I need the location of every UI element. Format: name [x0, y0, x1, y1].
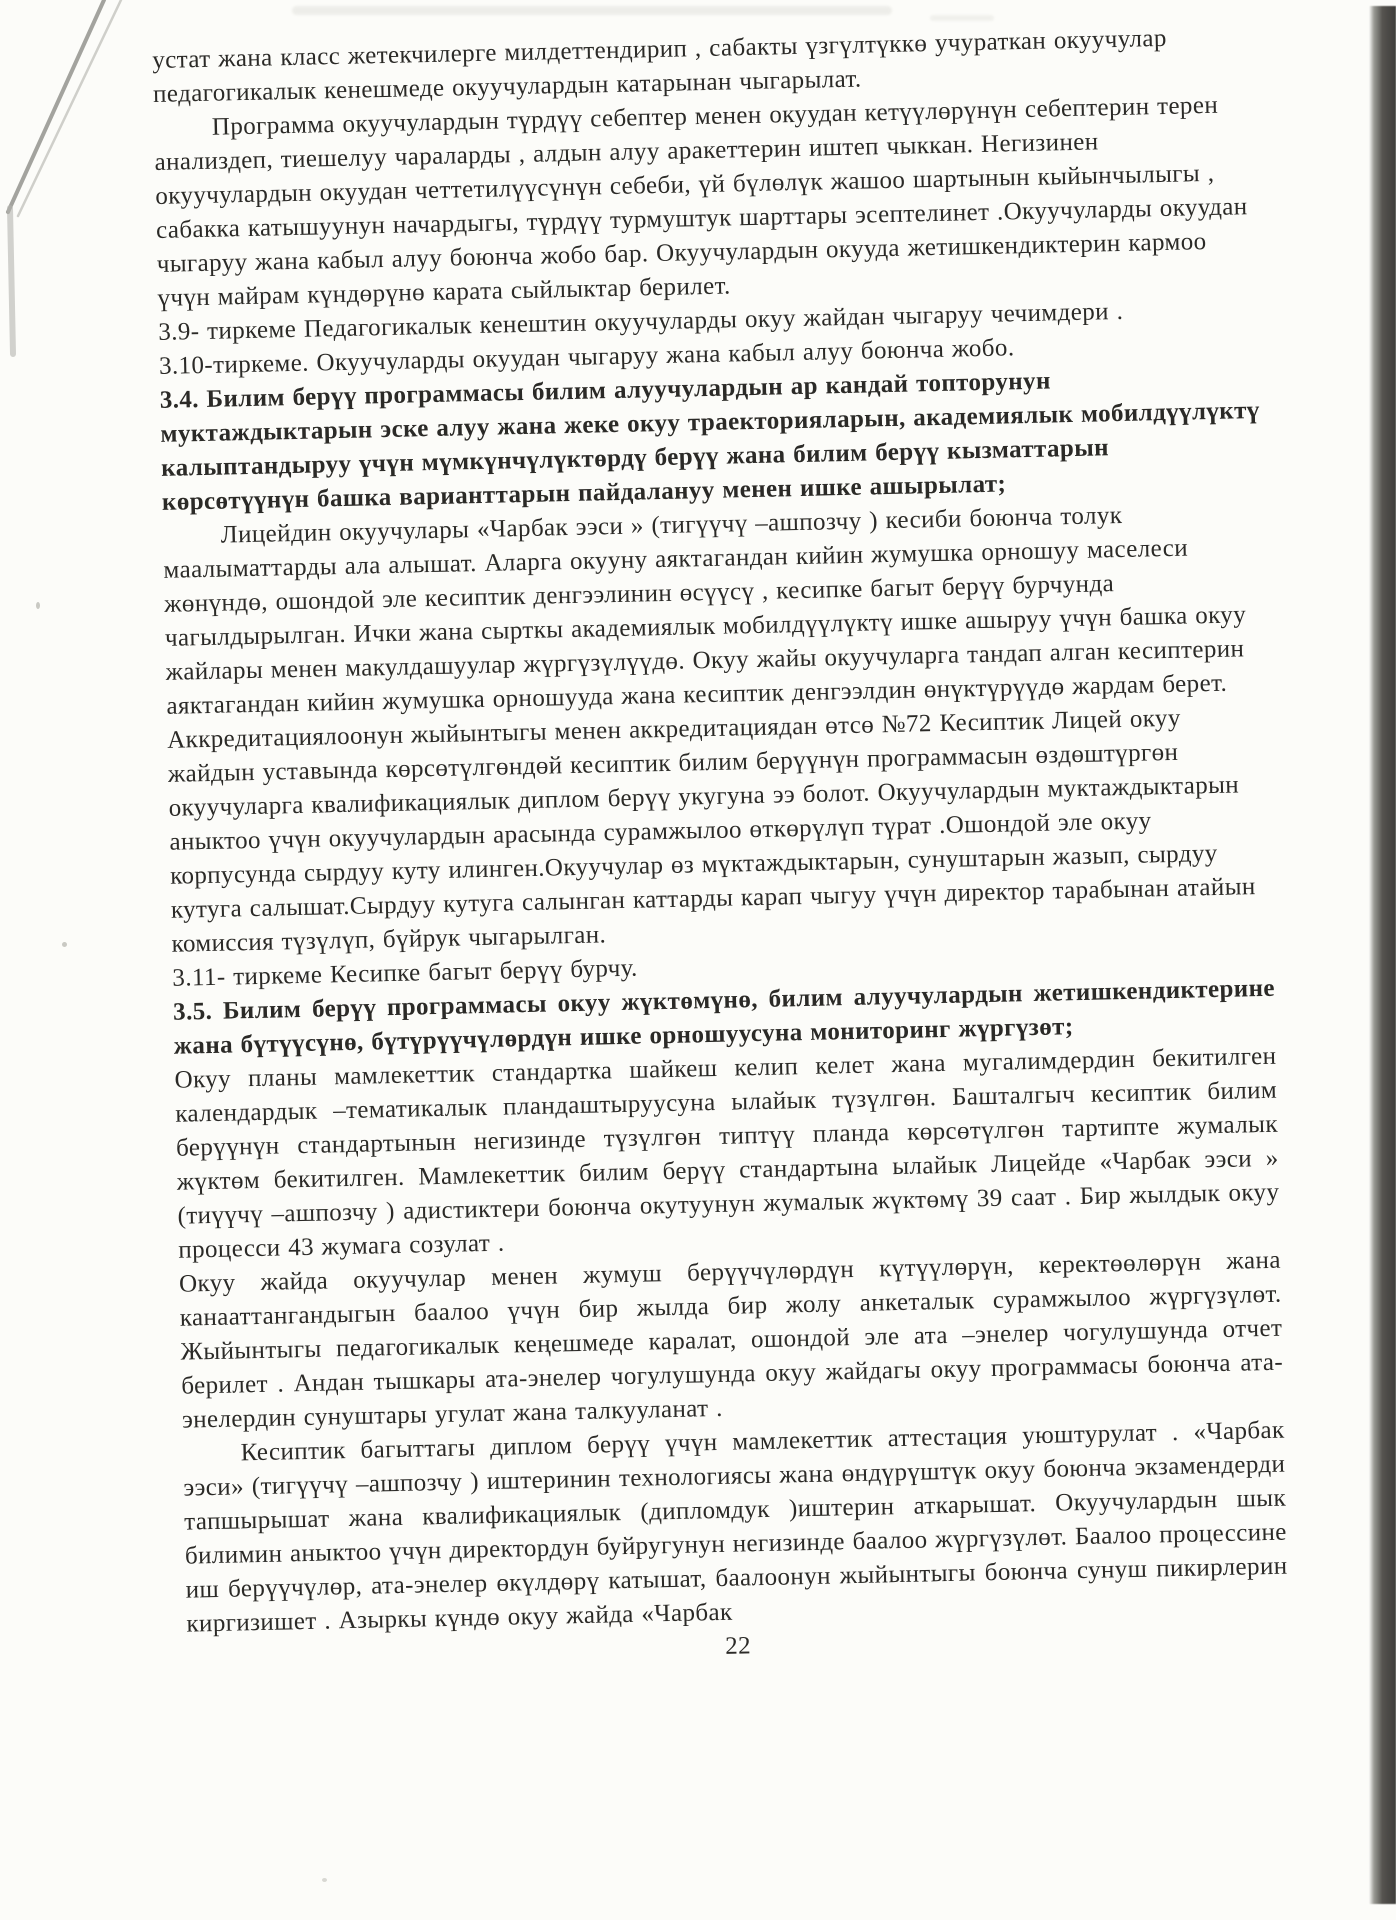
scan-speck: [62, 942, 67, 947]
corner-fold-artifact: [0, 0, 170, 380]
scan-smudge: [292, 6, 892, 15]
scanner-edge-shadow: [1369, 6, 1396, 1904]
document-text-block: устат жана класс жетекчилерге милдеттенд…: [152, 20, 1289, 1676]
paragraph-lyceum: Лицейдин окуучулары «Чарбак ээси » (тигү…: [162, 496, 1273, 962]
heading-3-4: 3.4. Билим берүү программасы билим алууч…: [159, 360, 1264, 520]
scanned-document-page: устат жана класс жетекчилерге милдеттенд…: [0, 0, 1396, 1920]
paragraph-programma: Программа окуучулардын түрдүү себептер м…: [153, 88, 1259, 316]
paragraph-plan: Окуу планы мамлекеттик стандартка шайкеш…: [174, 1040, 1280, 1268]
paragraph-attestation: Кесиптик багыттагы диплом берүү үчүн мам…: [182, 1414, 1288, 1642]
scan-smudge: [930, 15, 994, 21]
paragraph-survey: Окуу жайда окуучулар менен жумуш берүүчү…: [179, 1244, 1284, 1438]
scan-speck: [36, 602, 40, 609]
scan-speck: [322, 1878, 327, 1882]
